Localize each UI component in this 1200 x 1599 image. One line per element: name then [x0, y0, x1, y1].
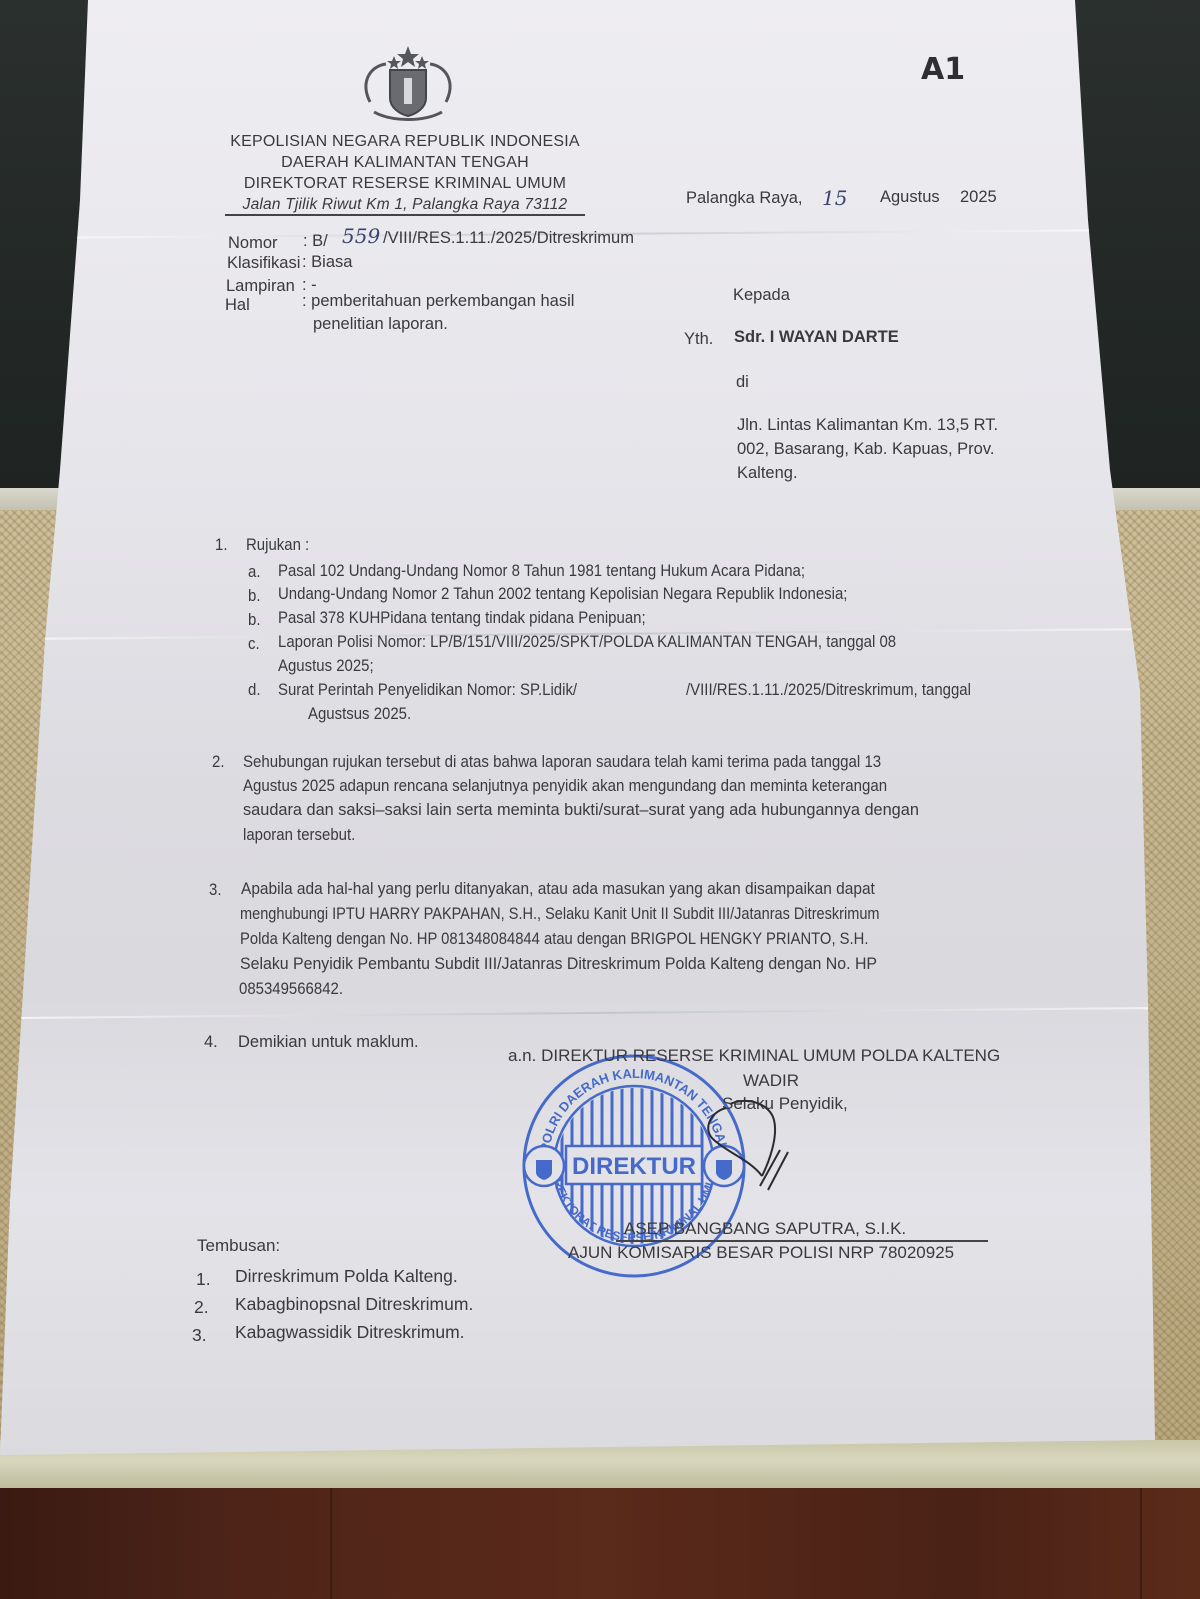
ref-a-text: Pasal 102 Undang-Undang Nomor 8 Tahun 19… [278, 561, 805, 581]
wood-seam [330, 1488, 332, 1599]
stamp-center-text: DIREKTUR [572, 1153, 696, 1180]
hal-value-line1: : pemberitahuan perkembangan hasil [302, 292, 574, 311]
recipient-yth: Yth. [684, 330, 713, 349]
signature-an-line: a.n. DIREKTUR RESERSE KRIMINAL UMUM POLD… [508, 1046, 1000, 1066]
point2-line3: saudara dan saksi–saksi lain serta memin… [243, 800, 919, 820]
point3-line4: Selaku Penyidik Pembantu Subdit III/Jata… [240, 954, 877, 974]
signature-title: WADIR [743, 1071, 799, 1091]
letterhead-underline [225, 214, 585, 216]
recipient-address-line3: Kalteng. [737, 464, 798, 483]
ref-d-cont: Agustsus 2025. [308, 704, 411, 724]
form-code: A1 [921, 52, 965, 87]
ref-d-text2: /VIII/RES.1.11./2025/Ditreskrimum, tangg… [686, 680, 971, 700]
ref-d-text: Surat Perintah Penyelidikan Nomor: SP.Li… [278, 680, 577, 700]
point3-line1: Apabila ada hal-hal yang perlu ditanyaka… [241, 879, 875, 899]
signatory-name-underline [616, 1240, 988, 1242]
date-day-handwritten: 15 [822, 186, 847, 210]
letterhead-line3: DIREKTORAT RESERSE KRIMINAL UMUM [195, 175, 615, 193]
tembusan-item-2-number: 2. [194, 1297, 209, 1318]
recipient-address-line1: Jln. Lintas Kalimantan Km. 13,5 RT. [737, 416, 998, 435]
point4-text: Demikian untuk maklum. [238, 1033, 419, 1052]
nomor-suffix: /VIII/RES.1.11./2025/Ditreskrimum [383, 229, 634, 248]
point2-number: 2. [212, 752, 224, 772]
ref-c-letter: c. [248, 634, 260, 654]
point3-number: 3. [209, 880, 221, 900]
recipient-address-line2: 002, Basarang, Kab. Kapuas, Prov. [737, 440, 994, 459]
klasifikasi-value: : Biasa [302, 253, 352, 272]
tembusan-item-3-number: 3. [192, 1325, 207, 1346]
recipient-kepada: Kepada [733, 286, 790, 305]
point3-line5: 085349566842. [239, 979, 343, 999]
handwritten-signature [700, 1090, 810, 1200]
ref-c-cont: Agustus 2025; [278, 656, 374, 676]
point4-number: 4. [204, 1033, 218, 1052]
tembusan-item-3: Kabagwassidik Ditreskrimum. [235, 1322, 465, 1343]
point2-line4: laporan tersebut. [243, 825, 355, 845]
point1-title: Rujukan : [246, 535, 309, 555]
hal-value-line2: penelitian laporan. [313, 315, 448, 334]
ref-b2-letter: b. [248, 610, 260, 630]
signatory-name: ASEP BANGBANG SAPUTRA, S.I.K. [624, 1219, 906, 1239]
ref-a-letter: a. [248, 562, 260, 582]
point2-line1: Sehubungan rujukan tersebut di atas bahw… [243, 752, 881, 772]
point3-line3: Polda Kalteng dengan No. HP 081348084844… [240, 929, 868, 949]
nomor-prefix: : B/ [303, 232, 328, 251]
date-place: Palangka Raya, [686, 189, 803, 208]
date-year: 2025 [960, 188, 997, 207]
ref-b-letter: b. [248, 586, 260, 606]
tembusan-item-2: Kabagbinopsnal Ditreskrimum. [235, 1294, 473, 1315]
ref-b-text: Undang-Undang Nomor 2 Tahun 2002 tentang… [278, 584, 847, 604]
background-wood-floor [0, 1488, 1200, 1599]
signatory-rank: AJUN KOMISARIS BESAR POLISI NRP 78020925 [568, 1243, 954, 1263]
recipient-name: Sdr. I WAYAN DARTE [734, 328, 899, 347]
nomor-handwritten: 559 [342, 224, 380, 248]
ref-c-text: Laporan Polisi Nomor: LP/B/151/VIII/2025… [278, 632, 896, 652]
tembusan-item-1-number: 1. [196, 1269, 211, 1290]
point1-number: 1. [215, 535, 227, 555]
tembusan-item-1: Dirreskrimum Polda Kalteng. [235, 1266, 458, 1287]
date-month: Agustus [880, 188, 940, 207]
hal-label: Hal [225, 296, 250, 315]
point2-line2: Agustus 2025 adapun rencana selanjutnya … [243, 776, 887, 796]
ref-b2-text: Pasal 378 KUHPidana tentang tindak pidan… [278, 608, 646, 628]
ref-d-letter: d. [248, 680, 260, 700]
polri-emblem-icon [356, 42, 460, 126]
letterhead-address: Jalan Tjilik Riwut Km 1, Palangka Raya 7… [195, 196, 615, 214]
letterhead-line1: KEPOLISIAN NEGARA REPUBLIK INDONESIA [195, 133, 615, 151]
recipient-di: di [736, 373, 749, 392]
wood-seam [1140, 1488, 1142, 1599]
nomor-label: Nomor [228, 234, 278, 253]
paper-fold [20, 1007, 1160, 1019]
point3-line2: menghubungi IPTU HARRY PAKPAHAN, S.H., S… [240, 904, 880, 924]
klasifikasi-label: Klasifikasi [227, 254, 300, 273]
lampiran-label: Lampiran [226, 277, 295, 296]
tembusan-title: Tembusan: [197, 1236, 280, 1256]
letterhead-line2: DAERAH KALIMANTAN TENGAH [195, 154, 615, 172]
